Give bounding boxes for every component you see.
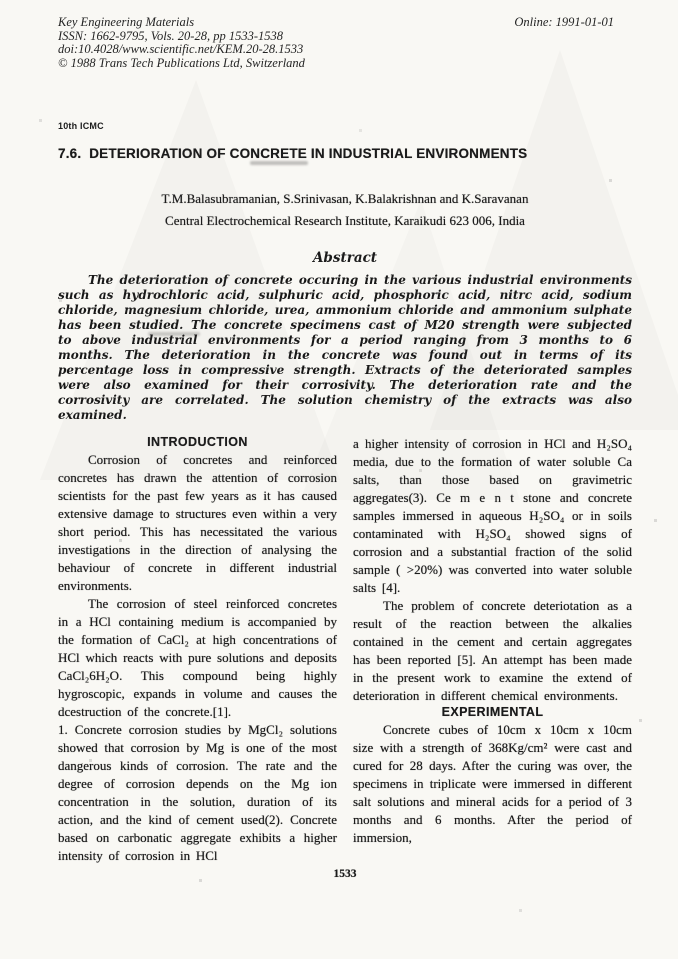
publication-header: Key Engineering Materials ISSN: 1662-979… [58,16,632,70]
abstract-text: The deterioration of concrete occuring i… [58,273,632,423]
abstract-heading: Abstract [58,250,632,266]
right-column: a higher intensity of corrosion in HCl a… [353,435,632,865]
scan-smudge [250,161,308,165]
scan-speckles [0,0,1,1]
authors-line: T.M.Balasubramanian, S.Srinivasan, K.Bal… [58,191,632,207]
issn-line: ISSN: 1662-9795, Vols. 20-28, pp 1533-15… [58,30,305,44]
publication-info: Key Engineering Materials ISSN: 1662-979… [58,16,305,70]
introduction-paragraph-2: The corrosion of steel reinforced concre… [58,595,337,721]
experimental-paragraph-1: Concrete cubes of 10cm x 10cm x 10cm siz… [353,721,632,847]
conference-tag: 10th ICMC [58,121,632,131]
journal-title: Key Engineering Materials [58,16,305,30]
doi-line: doi:10.4028/www.scientific.net/KEM.20-28… [58,43,305,57]
right-column-paragraph-2: The problem of concrete deteriotation as… [353,597,632,705]
online-date: Online: 1991-01-01 [514,16,614,30]
document-page: Key Engineering Materials ISSN: 1662-979… [0,0,678,959]
experimental-heading: EXPERIMENTAL [353,705,632,719]
right-column-paragraph-1: a higher intensity of corrosion in HCl a… [353,435,632,597]
introduction-paragraph-1: Corrosion of concretes and reinforced co… [58,451,337,595]
left-column: INTRODUCTION Corrosion of concretes and … [58,435,337,865]
introduction-heading: INTRODUCTION [58,435,337,449]
affiliation-line: Central Electrochemical Research Institu… [58,213,632,229]
paper-title: 7.6. DETERIORATION OF CONCRETE IN INDUST… [58,146,632,161]
page-number: 1533 [58,868,632,880]
two-column-body: INTRODUCTION Corrosion of concretes and … [58,435,632,865]
introduction-paragraph-3: 1. Concrete corrosion studies by MgCl₂ s… [58,721,337,865]
copyright-line: © 1988 Trans Tech Publications Ltd, Swit… [58,57,305,71]
